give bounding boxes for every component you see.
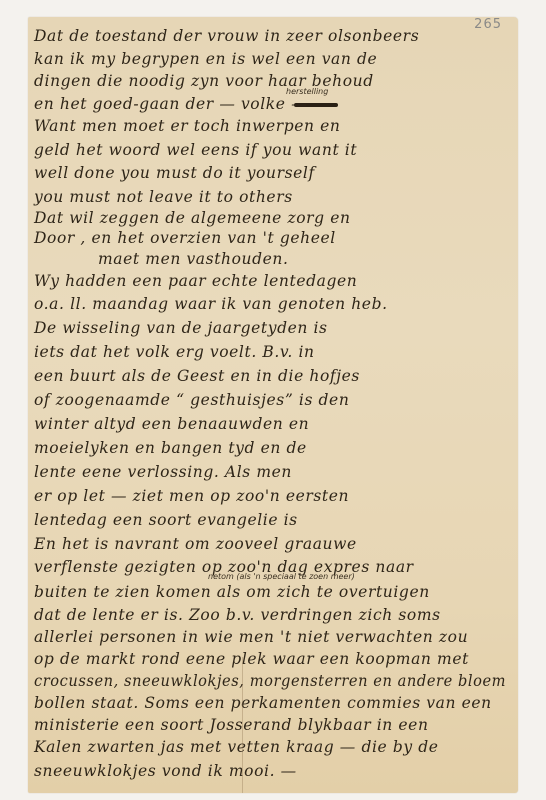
handwritten-line: En het is navrant om zooveel graauwe	[34, 535, 357, 553]
handwritten-line: ministerie een soort Josserand blykbaar …	[34, 716, 429, 734]
handwritten-line: dat de lente er is. Zoo b.v. verdringen …	[34, 606, 441, 624]
handwritten-line: geld het woord wel eens if you want it	[34, 141, 357, 159]
page-number: 265	[474, 17, 502, 32]
handwritten-line: De wisseling van de jaargetyden is	[34, 319, 328, 337]
handwritten-line: Want men moet er toch inwerpen en	[34, 117, 341, 135]
handwritten-line: maet men vasthouden.	[98, 250, 289, 268]
handwritten-line: en het goed-gaan der — volke —	[34, 95, 307, 113]
letter-page: 265 Dat de toestand der vrouw in zeer ol…	[28, 17, 518, 793]
handwritten-line: Wy hadden een paar echte lentedagen	[34, 272, 357, 290]
handwritten-line: buiten te zien komen als om zich te over…	[34, 583, 430, 601]
handwritten-line: well done you must do it yourself	[34, 164, 315, 182]
handwritten-line: o.a. ll. maandag waar ik van genoten heb…	[34, 295, 388, 313]
inserted-phrase: netom (als 'n speciaal te zoen meer)	[208, 572, 355, 581]
handwritten-line: you must not leave it to others	[34, 188, 293, 206]
handwritten-line: sneeuwklokjes vond ik mooi. —	[34, 762, 297, 780]
handwritten-line: Dat wil zeggen de algemeene zorg en	[34, 209, 351, 227]
handwritten-line: iets dat het volk erg voelt. B.v. in	[34, 343, 315, 361]
handwritten-line: allerlei personen in wie men 't niet ver…	[34, 628, 468, 646]
handwritten-line: bollen staat. Soms een perkamenten commi…	[34, 694, 492, 712]
handwritten-line: Door , en het overzien van 't geheel	[34, 229, 336, 247]
handwritten-line: Kalen zwarten jas met vetten kraag — die…	[34, 738, 439, 756]
handwritten-line: crocussen, sneeuwklokjes, morgensterren …	[34, 672, 506, 690]
handwritten-line: lente eene verlossing. Als men	[34, 463, 292, 481]
handwritten-line: een buurt als de Geest en in die hofjes	[34, 367, 360, 385]
handwritten-line: winter altyd een benaauwden en	[34, 415, 309, 433]
handwritten-line: er op let — ziet men op zoo'n eersten	[34, 487, 349, 505]
handwritten-line: of zoogenaamde “ gesthuisjes” is den	[34, 391, 349, 409]
handwritten-line: op de markt rond eene plek waar een koop…	[34, 650, 469, 668]
handwritten-line: kan ik my begrypen en is wel een van de	[34, 50, 377, 68]
handwritten-line: lentedag een soort evangelie is	[34, 511, 298, 529]
handwritten-line: Dat de toestand der vrouw in zeer olsonb…	[34, 27, 419, 45]
handwritten-line: moeielyken en bangen tyd en de	[34, 439, 307, 457]
